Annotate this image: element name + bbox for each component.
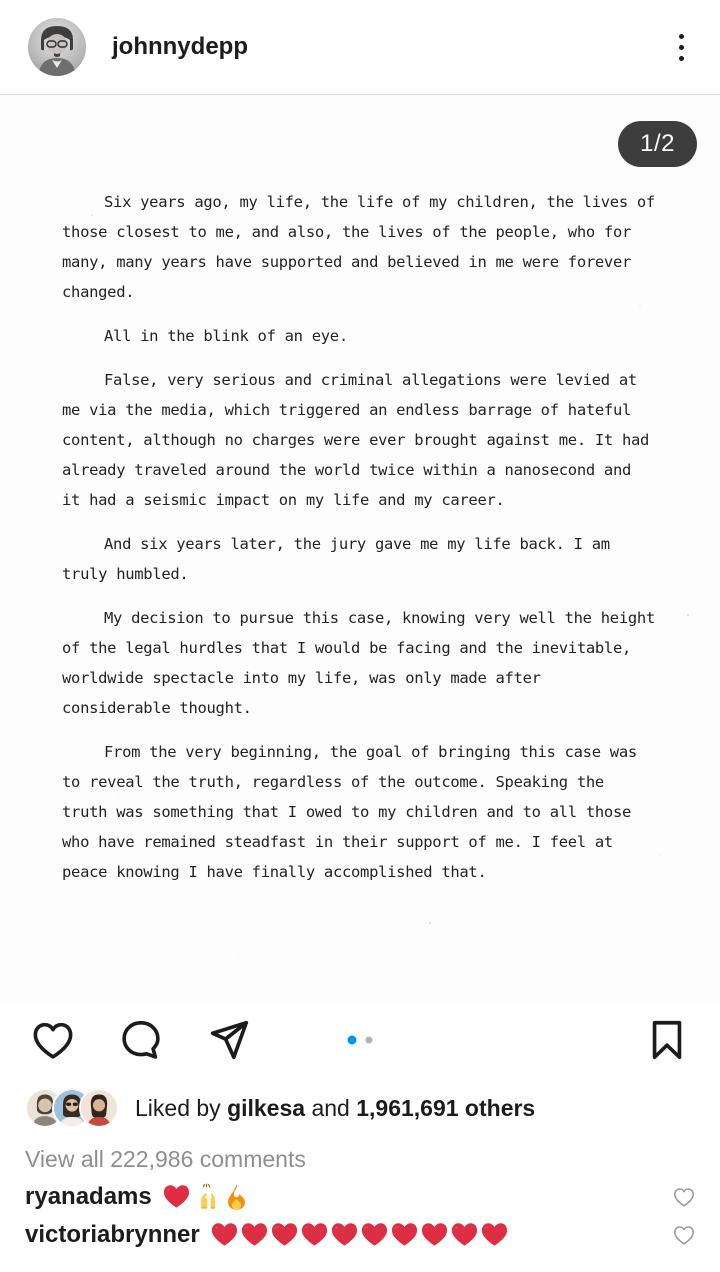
- likes-conjunction: and: [311, 1095, 349, 1121]
- letter-paragraph: False, very serious and criminal allegat…: [62, 365, 658, 515]
- red-heart-emoji: [360, 1220, 389, 1249]
- letter-paragraph: And six years later, the jury gave me my…: [62, 529, 658, 589]
- liker-avatars[interactable]: [25, 1088, 119, 1128]
- post-header: johnnydepp: [0, 0, 720, 94]
- red-heart-emoji: [330, 1220, 359, 1249]
- fire-emoji: [222, 1182, 251, 1211]
- liker-username[interactable]: gilkesa: [227, 1095, 305, 1121]
- raising-hands-emoji: [192, 1182, 221, 1211]
- carousel-dot: [366, 1037, 373, 1044]
- letter-paragraph: My decision to pursue this case, knowing…: [62, 603, 658, 723]
- red-heart-emoji: [162, 1182, 191, 1211]
- letter-paragraph: All in the blink of an eye.: [62, 321, 658, 351]
- red-heart-emoji: [390, 1220, 419, 1249]
- red-heart-emoji: [210, 1220, 239, 1249]
- save-icon[interactable]: [644, 1017, 690, 1063]
- letter-paragraph: Six years ago, my life, the life of my c…: [62, 187, 658, 307]
- red-heart-emoji: [420, 1220, 449, 1249]
- comment-emojis: [162, 1182, 252, 1211]
- comment-like-icon[interactable]: [672, 1185, 696, 1209]
- more-options-icon[interactable]: [668, 24, 694, 70]
- view-all-comments[interactable]: View all 222,986 comments: [0, 1130, 720, 1173]
- comment-icon[interactable]: [118, 1017, 164, 1063]
- comment-like-icon[interactable]: [672, 1223, 696, 1247]
- like-icon[interactable]: [30, 1017, 76, 1063]
- post-media-letter[interactable]: 1/2 Six years ago, my life, the life of …: [0, 95, 720, 1004]
- username[interactable]: johnnydepp: [112, 33, 668, 61]
- likes-count[interactable]: 1,961,691 others: [356, 1095, 535, 1121]
- likes-text: Liked by gilkesa and 1,961,691 others: [135, 1095, 535, 1122]
- letter-text: Six years ago, my life, the life of my c…: [0, 95, 720, 887]
- comment-username[interactable]: victoriabrynner: [25, 1221, 200, 1249]
- red-heart-emoji: [270, 1220, 299, 1249]
- liker-avatar-3: [79, 1088, 119, 1128]
- red-heart-emoji: [480, 1220, 509, 1249]
- comment-row: victoriabrynner: [0, 1211, 720, 1249]
- red-heart-emoji: [240, 1220, 269, 1249]
- red-heart-emoji: [450, 1220, 479, 1249]
- action-bar: [0, 1004, 720, 1076]
- carousel-dot-active: [348, 1036, 357, 1045]
- carousel-page-badge: 1/2: [618, 121, 697, 167]
- pagination-dots: [348, 1036, 373, 1045]
- comment-emojis: [210, 1220, 510, 1249]
- avatar[interactable]: [28, 18, 86, 76]
- letter-paragraph: From the very beginning, the goal of bri…: [62, 737, 658, 887]
- comment-row: ryanadams: [0, 1173, 720, 1211]
- profile-photo-placeholder: [28, 18, 86, 76]
- likes-prefix: Liked by: [135, 1095, 221, 1121]
- comment-username[interactable]: ryanadams: [25, 1183, 152, 1211]
- share-icon[interactable]: [206, 1017, 252, 1063]
- likes-row: Liked by gilkesa and 1,961,691 others: [0, 1076, 720, 1130]
- red-heart-emoji: [300, 1220, 329, 1249]
